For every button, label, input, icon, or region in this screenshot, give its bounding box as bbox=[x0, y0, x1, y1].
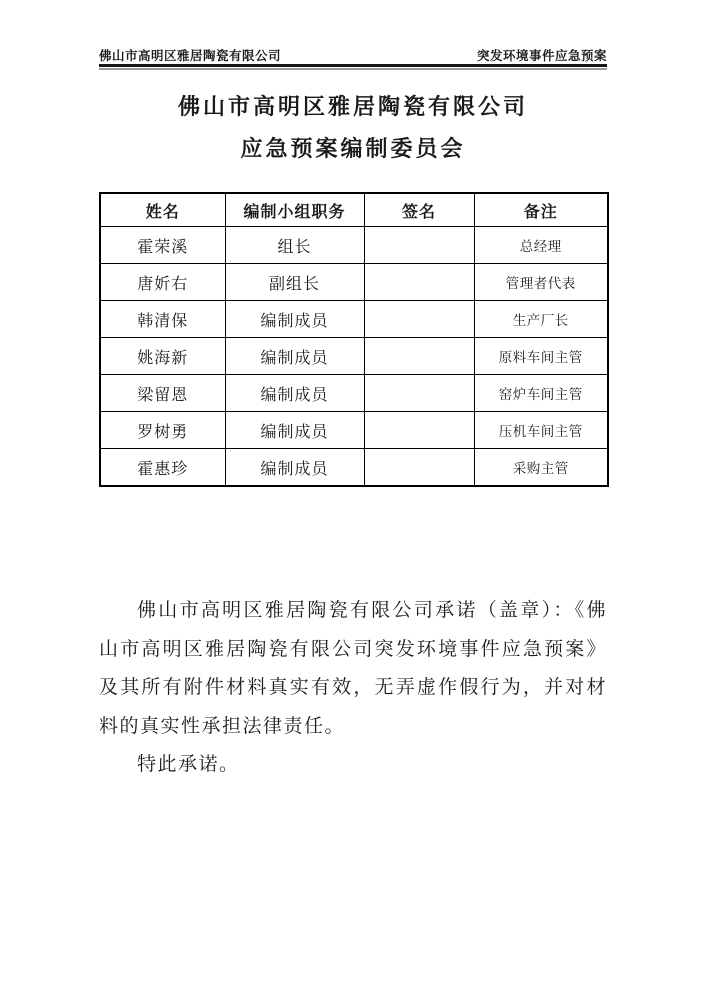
cell-signature bbox=[364, 338, 474, 375]
column-header-signature: 签名 bbox=[364, 193, 474, 227]
commitment-section: 佛山市高明区雅居陶瓷有限公司承诺（盖章）：《佛山市高明区雅居陶瓷有限公司突发环境… bbox=[99, 592, 607, 785]
cell-remark: 原料车间主管 bbox=[474, 338, 608, 375]
column-header-role: 编制小组职务 bbox=[225, 193, 364, 227]
document-title: 佛山市高明区雅居陶瓷有限公司 应急预案编制委员会 bbox=[99, 86, 607, 170]
table-row: 姚海新 编制成员 原料车间主管 bbox=[100, 338, 608, 375]
cell-name: 霍荣溪 bbox=[100, 227, 225, 264]
cell-role: 编制成员 bbox=[225, 375, 364, 412]
column-header-remark: 备注 bbox=[474, 193, 608, 227]
cell-role: 副组长 bbox=[225, 264, 364, 301]
commitment-closing: 特此承诺。 bbox=[99, 746, 607, 785]
cell-remark: 采购主管 bbox=[474, 449, 608, 487]
table-row: 韩清保 编制成员 生产厂长 bbox=[100, 301, 608, 338]
running-header: 佛山市高明区雅居陶瓷有限公司 突发环境事件应急预案 bbox=[99, 46, 607, 64]
cell-name: 唐妡右 bbox=[100, 264, 225, 301]
cell-signature bbox=[364, 449, 474, 487]
committee-table: 姓名 编制小组职务 签名 备注 霍荣溪 组长 总经理 唐妡右 副组长 管理者代表… bbox=[99, 192, 609, 487]
header-company-name: 佛山市高明区雅居陶瓷有限公司 bbox=[99, 46, 281, 64]
cell-role: 编制成员 bbox=[225, 338, 364, 375]
document-page: 佛山市高明区雅居陶瓷有限公司 突发环境事件应急预案 佛山市高明区雅居陶瓷有限公司… bbox=[0, 0, 707, 1000]
cell-name: 梁留恩 bbox=[100, 375, 225, 412]
header-rule-thick bbox=[99, 64, 607, 67]
table-row: 梁留恩 编制成员 窑炉车间主管 bbox=[100, 375, 608, 412]
cell-remark: 管理者代表 bbox=[474, 264, 608, 301]
cell-role: 编制成员 bbox=[225, 301, 364, 338]
title-line-company: 佛山市高明区雅居陶瓷有限公司 bbox=[99, 86, 607, 128]
cell-signature bbox=[364, 412, 474, 449]
header-document-name: 突发环境事件应急预案 bbox=[477, 46, 607, 64]
title-line-committee: 应急预案编制委员会 bbox=[99, 128, 607, 170]
table-header-row: 姓名 编制小组职务 签名 备注 bbox=[100, 193, 608, 227]
cell-name: 韩清保 bbox=[100, 301, 225, 338]
table-row: 罗树勇 编制成员 压机车间主管 bbox=[100, 412, 608, 449]
column-header-name: 姓名 bbox=[100, 193, 225, 227]
header-rule-thin bbox=[99, 68, 607, 70]
table-row: 霍惠珍 编制成员 采购主管 bbox=[100, 449, 608, 487]
table-row: 霍荣溪 组长 总经理 bbox=[100, 227, 608, 264]
cell-remark: 生产厂长 bbox=[474, 301, 608, 338]
table-row: 唐妡右 副组长 管理者代表 bbox=[100, 264, 608, 301]
cell-remark: 压机车间主管 bbox=[474, 412, 608, 449]
cell-name: 罗树勇 bbox=[100, 412, 225, 449]
commitment-paragraph: 佛山市高明区雅居陶瓷有限公司承诺（盖章）：《佛山市高明区雅居陶瓷有限公司突发环境… bbox=[99, 592, 607, 746]
cell-role: 编制成员 bbox=[225, 412, 364, 449]
cell-remark: 窑炉车间主管 bbox=[474, 375, 608, 412]
cell-name: 姚海新 bbox=[100, 338, 225, 375]
cell-signature bbox=[364, 375, 474, 412]
cell-role: 编制成员 bbox=[225, 449, 364, 487]
cell-signature bbox=[364, 301, 474, 338]
cell-role: 组长 bbox=[225, 227, 364, 264]
cell-name: 霍惠珍 bbox=[100, 449, 225, 487]
cell-remark: 总经理 bbox=[474, 227, 608, 264]
cell-signature bbox=[364, 227, 474, 264]
cell-signature bbox=[364, 264, 474, 301]
